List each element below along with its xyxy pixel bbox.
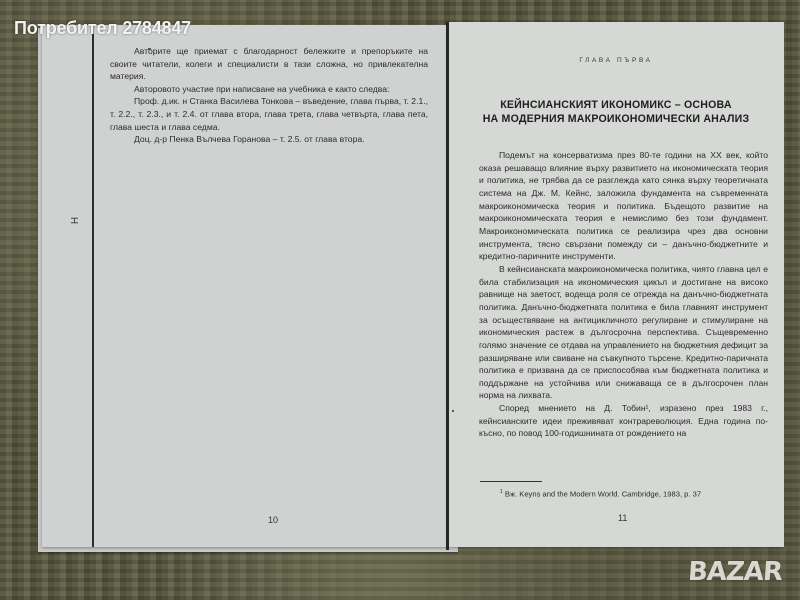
chapter-title-line-1: КЕЙНСИАНСКИЯТ ИКОНОМИКС – ОСНОВА (448, 98, 784, 112)
left-page-text: Авторите ще приемат с благодарност бележ… (110, 45, 428, 146)
footnote-marker: 1 (500, 489, 503, 495)
preface-paragraph: Проф. д.ик. н Станка Василева Тонкова – … (110, 95, 428, 133)
preface-paragraph: Авторите ще приемат с благодарност бележ… (110, 45, 428, 83)
username-watermark: Потребител 2784847 (14, 18, 191, 39)
chapter-title-line-2: НА МОДЕРНИЯ МАКРОИКОНОМИЧЕСКИ АНАЛИЗ (448, 112, 784, 126)
chapter-title: КЕЙНСИАНСКИЯТ ИКОНОМИКС – ОСНОВА НА МОДЕ… (448, 98, 784, 126)
paper-smudge (148, 48, 151, 50)
page-number-right: 11 (618, 513, 627, 523)
right-page-text: Подемът на консерватизма през 80-те годи… (479, 149, 768, 440)
chapter-label: ГЛАВА ПЪРВА (448, 57, 784, 64)
bazar-logo: BAZAR (687, 557, 783, 587)
page-fold-line (92, 25, 94, 547)
footnote: 1 Вж. Keyns and the Modern World. Cambri… (500, 489, 701, 499)
pencil-margin-mark: Н (70, 217, 81, 224)
preface-paragraph: Авторовото участие при написване на учеб… (110, 83, 428, 96)
body-paragraph: В кейнсианската макроикономическа полити… (479, 263, 768, 402)
body-paragraph: Според мнението на Д. Тобин¹, изразено п… (479, 402, 768, 440)
body-paragraph: Подемът на консерватизма през 80-те годи… (479, 149, 768, 263)
paper-smudge (452, 410, 454, 412)
preface-paragraph: Доц. д-р Пенка Вълчева Горанова – т. 2.5… (110, 133, 428, 146)
footnote-text: Вж. Keyns and the Modern World. Cambridg… (505, 490, 701, 499)
footnote-divider (480, 481, 542, 482)
page-number-left: 10 (268, 515, 278, 525)
